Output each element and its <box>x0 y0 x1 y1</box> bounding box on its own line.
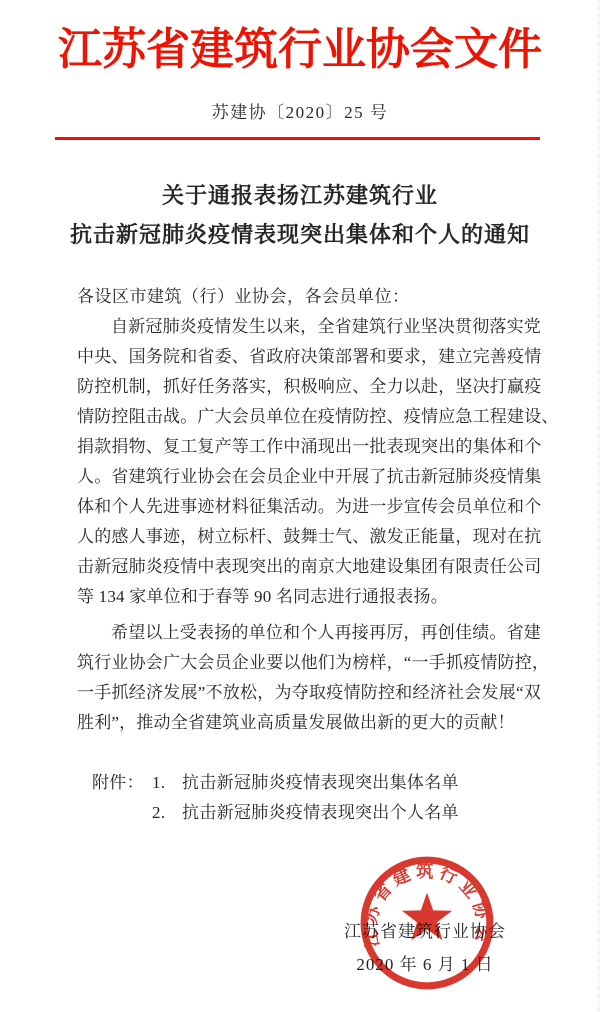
attachment-number: 2. <box>152 798 182 828</box>
body-line: 筑行业协会广大会员企业要以他们为榜样，“一手抓疫情防控， <box>77 648 541 678</box>
body-line: 一手抓经济发展”不放松，为夺取疫情防控和经济社会发展“双 <box>77 678 541 708</box>
document-title: 关于通报表扬江苏建筑行业 抗击新冠肺炎疫情表现突出集体和个人的通知 <box>0 176 600 254</box>
body-line: 希望以上受表扬的单位和个人再接再厉，再创佳绩。省建 <box>77 618 541 648</box>
body-line: 防控机制，抓好任务落实，积极响应、全力以赴，坚决打赢疫 <box>77 372 541 402</box>
body-line: 人的感人事迹，树立标杆、鼓舞士气、激发正能量，现对在抗 <box>77 522 541 552</box>
attachment-row: 2.抗击新冠肺炎疫情表现突出个人名单 <box>92 798 532 828</box>
body-line: 击新冠肺炎疫情中表现突出的南京大地建设集团有限责任公司 <box>77 552 541 582</box>
document-title-line-1: 关于通报表扬江苏建筑行业 <box>0 176 600 215</box>
document-number: 苏建协〔2020〕25 号 <box>0 98 600 123</box>
paragraph: 希望以上受表扬的单位和个人再接再厉，再创佳绩。省建筑行业协会广大会员企业要以他们… <box>77 618 541 738</box>
body-line: 自新冠肺炎疫情发生以来，全省建筑行业坚决贯彻落实党 <box>77 312 541 342</box>
body-line: 人。省建筑行业协会在会员企业中开展了抗击新冠肺炎疫情集 <box>77 462 541 492</box>
body-line: 胜利”，推动全省建筑业高质量发展做出新的更大的贡献！ <box>77 708 541 738</box>
body-line: 中央、国务院和省委、省政府决策部署和要求，建立完善疫情 <box>77 342 541 372</box>
attachment-title: 抗击新冠肺炎疫情表现突出个人名单 <box>182 798 459 828</box>
body-line: 捐款捐物、复工复产等工作中涌现出一批表现突出的集体和个 <box>77 432 541 462</box>
official-document-page: 江苏省建筑行业协会文件 苏建协〔2020〕25 号 关于通报表扬江苏建筑行业 抗… <box>0 0 600 1012</box>
red-divider-line <box>55 137 540 140</box>
attachments-label <box>92 798 152 828</box>
attachment-row: 附件：1.抗击新冠肺炎疫情表现突出集体名单 <box>92 768 532 798</box>
body-text: 自新冠肺炎疫情发生以来，全省建筑行业坚决贯彻落实党中央、国务院和省委、省政府决策… <box>77 312 541 738</box>
signature-block: 江苏省建筑行业协会 2020 年 6 月 1 日 <box>300 915 550 981</box>
attachment-title: 抗击新冠肺炎疫情表现突出集体名单 <box>182 768 459 798</box>
attachments-label: 附件： <box>92 768 152 798</box>
body-line: 等 134 家单位和于春等 90 名同志进行通报表扬。 <box>77 582 541 612</box>
signature-org: 江苏省建筑行业协会 <box>300 915 550 948</box>
red-header-org-title: 江苏省建筑行业协会文件 <box>0 13 600 77</box>
signature-date: 2020 年 6 月 1 日 <box>300 948 550 981</box>
attachments-list: 附件：1.抗击新冠肺炎疫情表现突出集体名单2.抗击新冠肺炎疫情表现突出个人名单 <box>92 768 532 828</box>
body-line: 体和个人先进事迹材料征集活动。为进一步宣传会员单位和个 <box>77 492 541 522</box>
document-title-line-2: 抗击新冠肺炎疫情表现突出集体和个人的通知 <box>0 215 600 254</box>
attachment-number: 1. <box>152 768 182 798</box>
salutation: 各设区市建筑（行）业协会，各会员单位： <box>77 283 543 311</box>
paragraph: 自新冠肺炎疫情发生以来，全省建筑行业坚决贯彻落实党中央、国务院和省委、省政府决策… <box>77 312 541 612</box>
body-line: 情防控阻击战。广大会员单位在疫情防控、疫情应急工程建设、 <box>77 402 541 432</box>
